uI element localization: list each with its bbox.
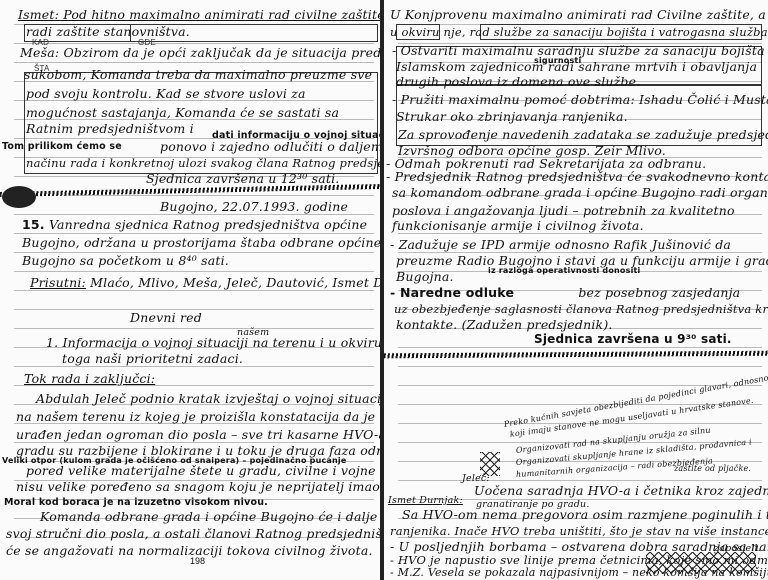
text-line: ponovo i zajedno odlučiti o daljem — [160, 140, 383, 154]
text-line: funkcionisanje armije i civilnog života. — [392, 219, 644, 233]
text-line: Ratnim predsjedništvom i — [26, 122, 194, 136]
text-line: - Naredne odluke bez posebnog zasjedanja — [390, 286, 740, 300]
meeting-number: 15. — [22, 217, 45, 232]
text-line: Komanda odbrane grada i općine Bugojno ć… — [40, 510, 429, 524]
text-line: Ismet: Pod hitno maximalno animirati rad… — [18, 8, 385, 22]
text-line: urađen jedan ogroman dio posla – sve tri… — [16, 428, 399, 442]
text-line: Meša: Obzirom da je opći zaključak da je… — [20, 46, 381, 60]
text-line: kontakte. (Zadužen predsjednik). — [396, 318, 613, 332]
text-line: nisu velike poređeno sa snagom koju je n… — [16, 480, 384, 494]
text-line: mogućnost sastajanja, Komanda će se sast… — [26, 106, 339, 120]
text-line: uz obezbjeđenje saglasnosti članova Ratn… — [394, 302, 768, 316]
place-date: Bugojno, 22.07.1993. godine — [160, 200, 348, 214]
text-line: Islamskom zajednicom radi sahrane mrtvih… — [396, 60, 757, 74]
text-line: pod svoju kontrolu. Kad se stvore uslovi… — [26, 87, 306, 101]
text-line: Abdulah Jeleč podnio kratak izvještaj o … — [36, 392, 390, 406]
text-line: Za sprovođenje navedenih zadataka se zad… — [398, 128, 768, 142]
attendees: Prisutni: Mlaćo, Mlivo, Meša, Jeleč, Dau… — [30, 276, 426, 290]
present-label: Prisutni: — [30, 275, 86, 290]
text-line: poslova i angažovanja ljudi – potrebnih … — [392, 204, 735, 218]
text-line: Uočena saradnja HVO-a i četnika kroz zaj… — [474, 484, 768, 498]
text-line: svoj stručni dio posla, a ostali članovi… — [6, 527, 402, 541]
session-end: Sjednica završena u 9³⁰ sati. — [534, 332, 732, 346]
left-page: Ismet: Pod hitno maximalno animirati rad… — [0, 0, 380, 580]
agenda-title: Dnevni red — [130, 311, 202, 325]
margin-note: zaštite od pljačke. — [674, 462, 751, 476]
text-line: Sa HVO-om nema pregovora osim razmjene p… — [402, 508, 768, 522]
text-line: Sjednica završena u 12³⁰ sati. — [146, 172, 339, 186]
hatched-mark — [646, 552, 756, 574]
text-line: pored velike materijalne štete u gradu, … — [26, 464, 376, 478]
text-line: Bugojno sa početkom u 8⁴⁰ sati. — [22, 254, 229, 268]
meeting-intro: 15. Vanredna sjednica Ratnog predsjedniš… — [22, 218, 367, 232]
text-line: na našem terenu iz kojeg je proizišla ko… — [16, 410, 375, 424]
text-line: drugih poslova iz domena ove službe. — [396, 75, 640, 89]
typed-insert: Moral kod boraca je na izuzetno visokom … — [4, 496, 268, 510]
text-line: U Konjprovenu maximalno animirati rad Ci… — [390, 8, 766, 22]
typed-insert: iz razloga operativnosti donositi — [488, 264, 641, 278]
text-line: - Pružiti maximalnu pomoć dobtrima: Isha… — [392, 93, 768, 107]
text-line: načinu rada i konkretnoj ulozi svakog čl… — [26, 156, 428, 170]
page-number: 198 — [190, 556, 205, 566]
speaker-name: Ismet Durnjak: — [388, 494, 463, 508]
stamp-mark — [2, 186, 36, 208]
text-line: ranjenika. Inače HVO treba uništiti, što… — [390, 524, 768, 538]
agenda-item: toga naši prioritetni zadaci. — [62, 352, 243, 366]
section-title: Tok rada i zaključci: — [24, 372, 155, 386]
text-line: Bugojna. — [396, 270, 454, 284]
text-line: Bugojno, održana u prostorijama štaba od… — [22, 236, 381, 250]
text-line: sukobom, Komanda treba da maximalno preu… — [24, 68, 372, 82]
text-line: sa komandom odbrane grada i općine Bugoj… — [392, 186, 768, 200]
text-line: Strukar oko zbrinjavanja ranjenika. — [396, 110, 628, 124]
text-line: u okviru nje, rad službe za sanaciju boj… — [390, 25, 768, 39]
text-line: radi zaštite stanovništva. — [26, 25, 190, 39]
hatched-mark — [480, 452, 500, 476]
text-line: - Zadužuje se IPD armije odnosno Rafik J… — [390, 238, 731, 252]
right-page: U Konjprovenu maximalno animirati rad Ci… — [384, 0, 768, 580]
typed-insert: Tom prilikom ćemo se — [2, 140, 122, 154]
text-line: - Predsjednik Ratnog predsjedništva će s… — [386, 170, 768, 184]
agenda-item: 1. Informacija o vojnoj situaciji na ter… — [46, 336, 382, 350]
